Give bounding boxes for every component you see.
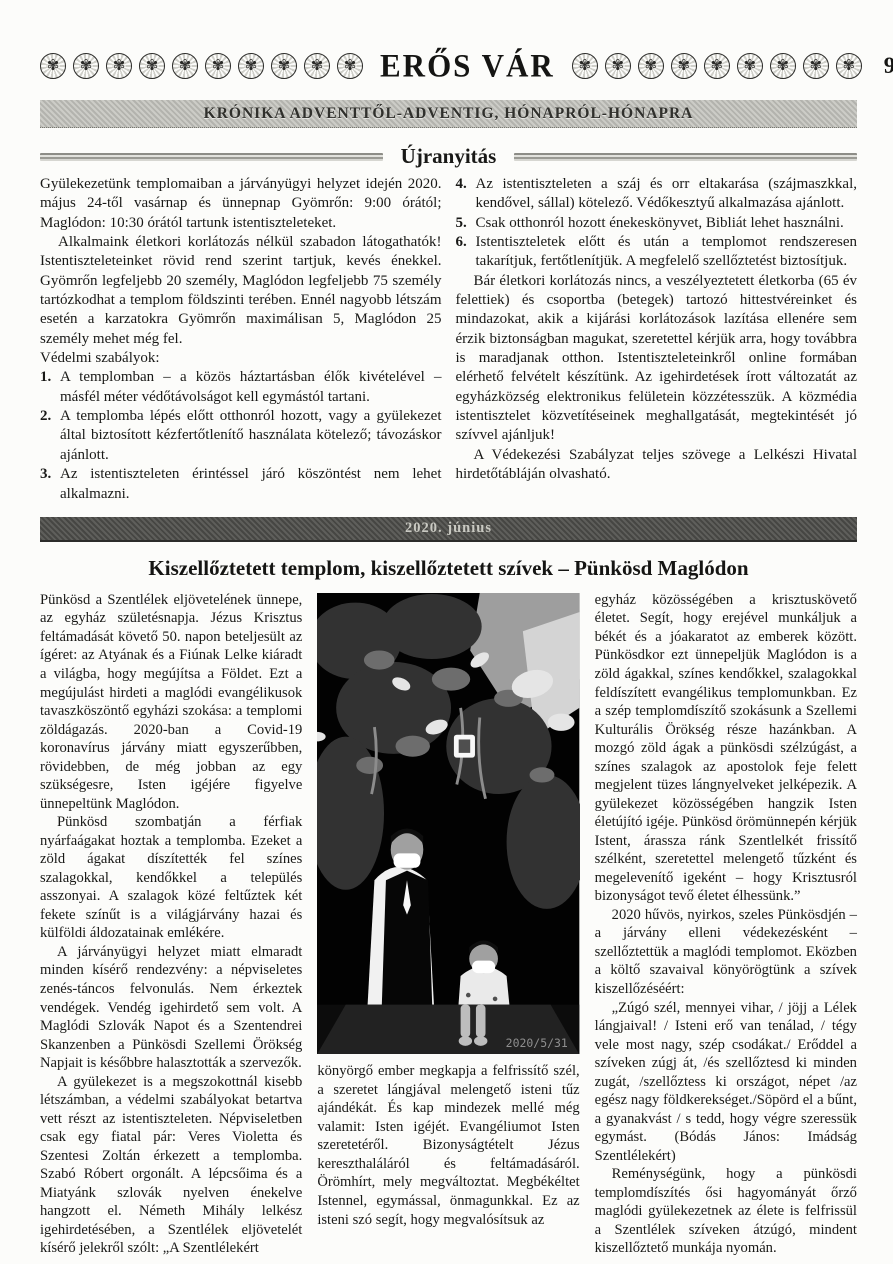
list-item-text: A templomban – a közös háztartásban élők…: [60, 368, 442, 407]
article-columns: Pünkösd a Szentlélek eljövetelének ünnep…: [40, 591, 857, 1258]
chronicle-banner-label: KRÓNIKA ADVENTTŐL-ADVENTIG, HÓNAPRÓL-HÓN…: [204, 105, 694, 123]
reopening-column-left: Gyülekezetünk templomaiban a járványügyi…: [40, 175, 442, 504]
list-item: 6. Istentiszteletek előtt és után a temp…: [456, 233, 858, 272]
masthead-row: ✾ ✾ ✾ ✾ ✾ ✾ ✾ ✾ ✾ ✾ ERŐS VÁR ✾ ✾ ✾ ✾ ✾ ✾…: [40, 44, 857, 88]
article-paragraph: A gyülekezet is a megszokottnál kisebb l…: [40, 1073, 302, 1258]
rosette-icon: ✾: [836, 53, 862, 79]
heading-rule-right: [514, 153, 857, 161]
chronicle-banner: KRÓNIKA ADVENTTŐL-ADVENTIG, HÓNAPRÓL-HÓN…: [40, 100, 857, 128]
rosette-icon: ✾: [139, 53, 165, 79]
list-item-number: 1.: [40, 368, 60, 407]
month-banner-label: 2020. június: [405, 520, 492, 537]
list-item-text: Az istentiszteleten érintéssel járó kösz…: [60, 465, 442, 504]
reopening-column-right: 4. Az istentiszteleten a száj és orr elt…: [456, 175, 858, 504]
list-item-number: 4.: [456, 175, 476, 214]
list-item-text: Csak otthonról hozott énekeskönyvet, Bib…: [476, 214, 858, 233]
list-item: 5. Csak otthonról hozott énekeskönyvet, …: [456, 214, 858, 233]
list-item: 1. A templomban – a közös háztartásban é…: [40, 368, 442, 407]
reopening-intro-2: Alkalmaink életkori korlátozás nélkül sz…: [40, 233, 442, 349]
list-item: 4. Az istentiszteleten a száj és orr elt…: [456, 175, 858, 214]
newsletter-page: ✾ ✾ ✾ ✾ ✾ ✾ ✾ ✾ ✾ ✾ ERŐS VÁR ✾ ✾ ✾ ✾ ✾ ✾…: [0, 0, 893, 1264]
article-title: Kiszellőztetett templom, kiszellőztetett…: [40, 556, 857, 581]
pentecost-photo: 2020/5/31: [317, 593, 579, 1054]
list-item-text: Az istentiszteleten a száj és orr eltaka…: [476, 175, 858, 214]
rosette-icon: ✾: [172, 53, 198, 79]
article-paragraph: Reménységünk, hogy a pünkösdi templomdís…: [595, 1165, 857, 1258]
rosette-icon: ✾: [40, 53, 66, 79]
rosette-icon: ✾: [271, 53, 297, 79]
article-column-3: egyház közösségében a krisztuskövető éle…: [595, 591, 857, 1258]
rosette-icon: ✾: [337, 53, 363, 79]
article-paragraph: 2020 hűvös, nyirkos, szeles Pünkösdjén –…: [595, 906, 857, 999]
rosette-icon: ✾: [671, 53, 697, 79]
list-item-number: 2.: [40, 407, 60, 465]
reopening-rules-label: Védelmi szabályok:: [40, 349, 442, 368]
article-column-1: Pünkösd a Szentlélek eljövetelének ünnep…: [40, 591, 302, 1258]
rosette-icon: ✾: [605, 53, 631, 79]
rosette-icon: ✾: [304, 53, 330, 79]
reopening-outro-2: A Védekezési Szabályzat teljes szövege a…: [456, 446, 858, 485]
list-item-text: Istentiszteletek előtt és után a templom…: [476, 233, 858, 272]
article-paragraph: Pünkösd a Szentlélek eljövetelének ünnep…: [40, 591, 302, 813]
page-number: 9: [884, 53, 893, 79]
article-paragraph: egyház közösségében a krisztuskövető éle…: [595, 591, 857, 906]
article-paragraph: A járványügyi helyzet miatt elmaradt min…: [40, 943, 302, 1073]
rosette-icon: ✾: [803, 53, 829, 79]
reopening-columns: Gyülekezetünk templomaiban a járványügyi…: [40, 175, 857, 504]
list-item-number: 5.: [456, 214, 476, 233]
reopening-intro-1: Gyülekezetünk templomaiban a járványügyi…: [40, 175, 442, 233]
masthead-title: ERŐS VÁR: [370, 47, 565, 85]
article-paragraph: „Zúgó szél, mennyei vihar, / jöjj a Léle…: [595, 999, 857, 1166]
rosette-icon: ✾: [638, 53, 664, 79]
rosette-icon: ✾: [106, 53, 132, 79]
rosette-icon: ✾: [770, 53, 796, 79]
rosette-icon: ✾: [704, 53, 730, 79]
article-paragraph: könyörgő ember megkapja a felfrissítő sz…: [317, 1062, 579, 1229]
month-banner: 2020. június: [40, 517, 857, 542]
reopening-heading: Újranyitás: [40, 144, 857, 169]
rosette-icon: ✾: [737, 53, 763, 79]
rosette-icon: ✾: [205, 53, 231, 79]
list-item-number: 3.: [40, 465, 60, 504]
list-item-text: A templomba lépés előtt otthonról hozott…: [60, 407, 442, 465]
article-column-2: 2020/5/31 könyörgő ember megkapja a felf…: [317, 591, 579, 1258]
article-paragraph: Pünkösd szombatján a férfiak nyárfaágaka…: [40, 813, 302, 943]
reopening-outro-1: Bár életkori korlátozás nincs, a veszély…: [456, 272, 858, 446]
list-item-number: 6.: [456, 233, 476, 272]
rules-list-4-6: 4. Az istentiszteleten a száj és orr elt…: [456, 175, 858, 272]
rosette-icon: ✾: [238, 53, 264, 79]
rules-list-1-3: 1. A templomban – a közös háztartásban é…: [40, 368, 442, 503]
heading-rule-left: [40, 153, 383, 161]
photo-timestamp-watermark: 2020/5/31: [506, 1036, 568, 1050]
list-item: 2. A templomba lépés előtt otthonról hoz…: [40, 407, 442, 465]
pentecost-photo-image: 2020/5/31: [317, 593, 579, 1054]
rosette-icon: ✾: [572, 53, 598, 79]
list-item: 3. Az istentiszteleten érintéssel járó k…: [40, 465, 442, 504]
reopening-title: Újranyitás: [397, 144, 501, 169]
rosette-icon: ✾: [73, 53, 99, 79]
